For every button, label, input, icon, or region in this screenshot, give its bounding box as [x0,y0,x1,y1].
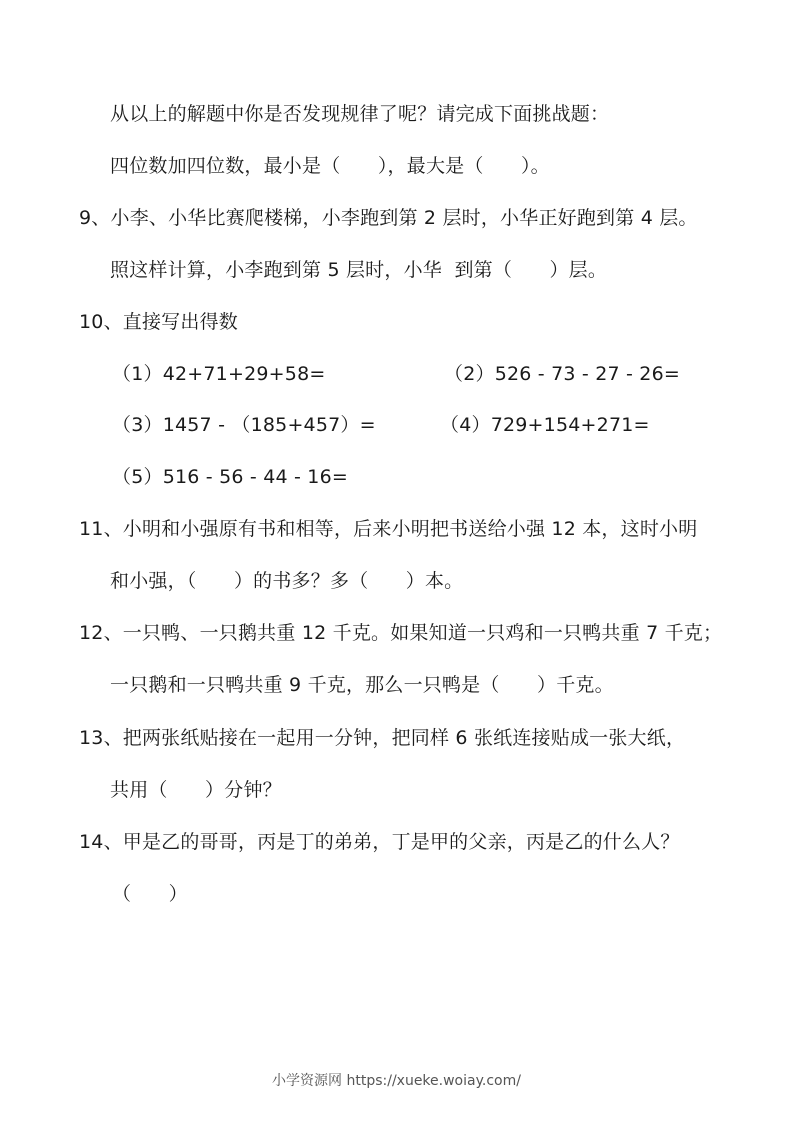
question-10-item-1: （1）42+71+29+58= [112,362,325,386]
question-12-line-2: 一只鹅和一只鸭共重 9 千克，那么一只鸭是（ ）千克。 [110,673,614,697]
question-10-title: 10、直接写出得数 [79,310,238,334]
intro-line-2: 四位数加四位数，最小是（ ），最大是（ ）。 [110,154,550,178]
intro-line-1: 从以上的解题中你是否发现规律了呢？请完成下面挑战题： [110,102,609,126]
question-10-item-3: （3）1457 - （185+457）= [112,413,376,437]
question-9-line-1: 9、小李、小华比赛爬楼梯，小李跑到第 2 层时，小华正好跑到第 4 层。 [79,206,698,230]
question-13-line-1: 13、把两张纸贴接在一起用一分钟，把同样 6 张纸连接贴成一张大纸， [79,726,685,750]
question-12-line-1: 12、一只鸭、一只鹅共重 12 千克。如果知道一只鸡和一只鸭共重 7 千克； [79,621,722,645]
question-11-line-2: 和小强，（ ）的书多？多（ ）本。 [110,569,463,593]
question-10-item-4: （4）729+154+271= [440,413,650,437]
question-10-item-2: （2）526 - 73 - 27 - 26= [444,362,680,386]
question-13-line-2: 共用（ ）分钟？ [110,778,282,802]
question-10-item-5: （5）516 - 56 - 44 - 16= [112,465,348,489]
question-14-line-2: （ ） [112,882,188,906]
question-14-line-1: 14、甲是乙的哥哥，丙是丁的弟弟，丁是甲的父亲，丙是乙的什么人？ [79,830,680,854]
question-11-line-1: 11、小明和小强原有书和相等，后来小明把书送给小强 12 本，这时小明 [79,517,697,541]
question-9-line-2: 照这样计算，小李跑到第 5 层时，小华 到第（ ）层。 [110,258,607,282]
footer-source-link[interactable]: 小学资源网 https://xueke.woiay.com/ [0,1070,793,1090]
